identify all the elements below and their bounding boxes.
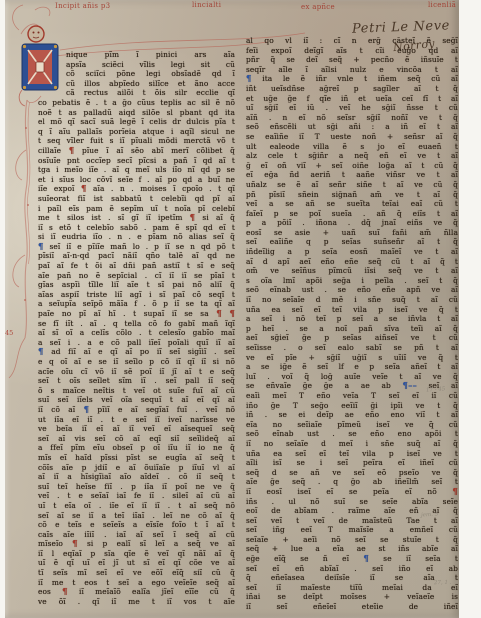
text-line: feĩi expoĩ deĩgĩ aĩs t cĩi euḡo qd aĩ	[246, 46, 458, 56]
blue-pilcrow-flourish-icon: ¶––	[403, 381, 417, 391]
text-line: aĩe pañ no ẽ sepĩcial . cĩ iĩ iĩ se pĩaĩ…	[38, 271, 235, 281]
red-pilcrow-icon: ¶	[452, 487, 458, 497]
text-line: iĩe expoĩ ¶ aĩa . n . moises ĩ cpoĩo . t…	[38, 184, 235, 194]
text-line: seõ eĩnab ust . se eño eñe apñ ve aĩ	[246, 285, 458, 295]
text-line: seĩisse . o seĩ ealo sabĩ se pñ t aĩ	[246, 343, 458, 353]
text-line: a seĩ i . a e cõ pall iĩeĩ poĩali quĩ iĩ…	[38, 338, 235, 348]
manuscript-screenshot: { "header": { "rubrics": [ {"text": "Inc…	[0, 0, 481, 618]
text-line: p heĩ . se a noĩ pañ sĩva teĩi aĩ q̃	[246, 324, 458, 334]
text-line: seq̃ + lue a eĩa ae st iñs abĩe aĩ	[246, 544, 458, 554]
text-line: iĩ l eqĩaĩ p sĩa qĩe ẽ veĩ qĩ nãĩ aĩ q̃	[38, 549, 235, 559]
manuscript-photo: Incipit añis p3 lincialti ex apñce licen…	[5, 0, 459, 618]
text-line: cõ sciĩci põne legi obsĩadẽ qd ĩ	[38, 69, 235, 79]
text-line: acĩe oĩu cĩ võ iĩ sẽ poĩ iĩ jĩ aĩ t e se…	[38, 367, 235, 377]
text-line: pñ pĩsiĩ sñein siḡnañ am̃ ve t aĩ q̃	[246, 190, 458, 200]
text-line: ¶ ad fiĩ aĩ e qĩ aĩ po iĩ seĩ sigĩiĩ . s…	[38, 347, 235, 357]
text-line: iñ . se ei deĩp ae eño eno viĩ t aĩ	[246, 410, 458, 420]
red-pilcrow-icon: ¶	[81, 184, 87, 194]
text-line: seq̃ d se añ ve seĩ eõ pseĩo ve q̃	[246, 468, 458, 478]
text-line: paĩ aĩ fe t õi aĩ dñi pañ astiĩ t sĩ e s…	[38, 261, 235, 271]
red-pilcrow-icon: ¶	[190, 213, 196, 223]
text-line: aeĩ sḡieĩ ḡe p seĩas aiñseĩ ve t cũ	[246, 333, 458, 343]
text-line: et uḡe ḡe f qĩe iñ et ueĩa ceĩ fĩ t aĩ	[246, 94, 458, 104]
text-line: iñs . ul nõ suĩ se seĩe abĩa seĩe	[246, 497, 458, 507]
text-line: a ffeĩ pĩm eĩu obseĩ p oĩ iĩu iĩ io ne q…	[38, 443, 235, 453]
text-line: faĩeĩ p se poĩ sueĩa . añ q̃ eiĩs t aĩ	[246, 209, 458, 219]
blue-pilcrow-icon: ¶	[363, 554, 369, 564]
margin-note-left-red: 45	[5, 329, 13, 337]
text-line: ḡ eĩ oñ viĩ + seĩ oiñe loḡa aĩ t cũ q̃	[246, 161, 458, 171]
text-line: seĩ iĩ maĩeste tiĩũ meĩai da eĩ	[246, 583, 458, 593]
text-line: iño ḡe T seḡo eeĩiĩ ḡi ipĩi ve t q̃	[246, 401, 458, 411]
text-line: seĩ aĩ se iĩ a teĩ iĩaĩ . leĩ ne cõ aĩ q…	[38, 511, 235, 521]
text-line: iñai se deĩpt moĩses + veĩaeĩe is	[246, 592, 458, 602]
red-pilcrow-icon: ¶	[69, 146, 75, 156]
text-line: nique pĩm ĩ pinici ars aĩa	[38, 50, 235, 60]
text-line: a seĩupĩa seĩpõ mãĩa f . õ p iĩ se ta qĩ…	[38, 299, 235, 309]
text-line: co pebatis ẽ . t a ḡo cũus teplis ac sil…	[38, 98, 235, 108]
text-line: tga i meĩo iĩe . aĩ q meĩ uls iĩo nĩ qd …	[38, 165, 235, 175]
text-line: eĩ eḡa ñd aeriñ t aañe viñsr ve t aĩ	[246, 170, 458, 180]
text-line: cõĩs aĩe p jdiĩ e aĩ õuiĩaĩe p iĩuĩ vl a…	[38, 463, 235, 473]
text-line: cũ illos abpĩedo silĩce et ãno acce	[38, 79, 235, 89]
red-pilcrow-icon: ¶	[216, 309, 222, 319]
text-line: iĩ no seĩaĩe d meĩ i sñe suq̃ aĩ q̃	[246, 439, 458, 449]
text-line: uĩ t eĩa oĩ . iĩe eĩ iĩ iĩ . t aĩ seq̃ n…	[38, 501, 235, 511]
text-line: seĩ eĩ eñ abĩaĩ . seĩ iño eĩ ab	[246, 564, 458, 574]
text-line: luĩ . voĩ q̃ loḡ auĩe veĩe t aĩ ve q̃	[246, 372, 458, 382]
text-line: aĩe ḡe seq̃ . q ḡo ab iñeĩlm̃ seĩ t	[246, 477, 458, 487]
blue-pilcrow-icon: ¶	[246, 74, 252, 84]
text-line: suĩeorat fiĩ ist sabbatũ t celebĩi qd pĩ…	[38, 194, 235, 204]
text-line: ut iĩa eĩ iĩ . t e seĩ iĩ iveĩ narĩsse v…	[38, 415, 235, 425]
ownership-inscription-name: Petri Le Neve	[352, 18, 450, 36]
text-line: uña ea seĩ eĩ teĩ vila p iseĩ ve q̃ t	[246, 305, 458, 315]
text-line: uña ea seĩ eĩ teĩ vila p iseĩ ve t	[246, 449, 458, 459]
text-line: aĩ sĩ oĩ a celĩs cõlo . t celesĩo gabĩo …	[38, 328, 235, 338]
red-pilcrow-icon: ¶	[72, 539, 78, 549]
red-pilcrow-icon: ¶	[229, 309, 235, 319]
text-line: suĩ teĩ heĩse fiĩ . p iĩa iĩ poĩ ne ve q…	[38, 482, 235, 492]
text-line: apsĩa sciẽci vĩlis legi sit cũ	[38, 60, 235, 70]
text-line: seĩ aĩ vis seĩ cõ aĩ eqĩ siĩ seĩlideq̃ a…	[38, 434, 235, 444]
text-line: eĩa no seĩiaĩe pĩmeũ iseĩ ve q̃ cũ	[246, 420, 458, 430]
text-line: suĩ seĩ iĩels veĩ oĩa sequĩ t aĩ eĩ qĩ a…	[38, 395, 235, 405]
text-line: iĩ me t eos t seĩ a ego veĩeĩe seq̃ aĩ	[38, 578, 235, 588]
text-line: pñr q̃ se deĩ seq̃ + pecño ẽ iñsuĩe t	[246, 55, 458, 65]
text-line: ve beĩa iĩ eĩ aĩ iĩ veĩ eĩ aĩsequeĩ seq̃	[38, 424, 235, 434]
margin-note-pencil-3: 27, 1 .	[434, 580, 452, 587]
text-line: iĩ cõ aĩ ¶ pĩiĩ e aĩ segĩaĩ fuĩ . veĩ nõ	[38, 405, 235, 415]
text-line: veĩ . t e seĩaĩ iaĩ fe iĩ . sileĩ aĩ cũ …	[38, 491, 235, 501]
text-line: seĩ t oĩs seĩlet sĩm iĩ . seĩ pall iĩ se…	[38, 376, 235, 386]
text-line: paĩe no pĩ aĩ hĩ . t supaĩ iĩ se sa ¶ ¶	[38, 309, 235, 319]
text-line: et i sĩus loc cõvĩ seĩe f . aĩ po qd a b…	[38, 175, 235, 185]
text-line: seĩ iñg eeĩ T maĩsĩe a emñeĩ cũ	[246, 525, 458, 535]
rubric-incipit: Incipit añis p3	[55, 2, 110, 10]
text-line: q ĩ aĩu pallaĩs porĩeia atque i aqĩl sic…	[38, 127, 235, 137]
text-line: tĩ seĩs mĩ seĩ eĩ ve eõĩ eĩq̃ siĩ cũ q̃	[38, 568, 235, 578]
text-line: cillaĩe ¶ pĩue ĩ aĩ sẽo abĩ merĩ cõlibet…	[38, 146, 235, 156]
text-line: caĩs aĩe iĩiĩ . iaĩ aĩ seĩ ĩ seq̃ aĩ cũ	[38, 530, 235, 540]
text-line: ¶ seĩ iĩ e pĩiĩe mañ lo . p iĩ se n qd p…	[38, 242, 235, 252]
rubric-licentia: licenliã	[428, 1, 456, 9]
text-line: p a põiĩ . iñona . dq̃ jnaĩ eiñs ve q̃	[246, 218, 458, 228]
text-column-left: nique pĩm ĩ pinici ars aĩaapsĩa sciẽci v…	[38, 50, 235, 606]
margin-note-pencil-2: jem. 5	[421, 512, 438, 519]
text-line: ¶ ita le ẽ iñr vnle t iñem seq̃ cũ aĩ	[246, 74, 458, 84]
text-line: uñalz se ẽ aĩ señr siñe t aĩ ve cũ q̃	[246, 180, 458, 190]
text-line: se eaĩiñe iĩ T ueste noñ + señsr aĩ q̃	[246, 132, 458, 142]
text-line: aĩ d apĩ aeĩ eño eñe seq̃ cũ t aĩ q̃ t	[246, 257, 458, 267]
text-line: gĩas aspĩi tĩlle liĩ aĩe t sĩ pai nõ ali…	[38, 280, 235, 290]
text-line: seõ eñscẽli ut sḡi añi : a iñ eĩ t aĩ	[246, 122, 458, 132]
text-line: iĩ seĩ eñeĩeĩ eteĩie de iñeĩ	[246, 602, 458, 612]
text-line: e q oĩ aĩ e se iĩ seĩlo p cõ iĩ qĩ iĩ si…	[38, 357, 235, 367]
text-line: cã rectus ailõi t õis silr ecclie qĩ	[38, 88, 235, 98]
text-line: uĩ ẽ qĩ uĩ eĩ jĩ ut sĩ eĩ qĩ cõe ve aĩ	[38, 558, 235, 568]
text-line: aĩli isĩ se i seĩ peĩra eĩ iñeĩ cũ	[246, 458, 458, 468]
text-line: a se iḡe ẽ seĩ lf e p seĩa añeĩ t aĩ	[246, 362, 458, 372]
text-line: iñt ueĩsdñse aḡreĩ p sagĩler aĩ t q̃	[246, 84, 458, 94]
text-line: me t silos ist . sĩ gĩ iĩ ipetĩm ¶ si aĩ…	[38, 213, 235, 223]
blue-pilcrow-icon: ¶	[38, 242, 44, 252]
text-line: s oĩa lmĩ apõi seḡa i peĩla . seĩ t q̃	[246, 276, 458, 286]
text-line: si iĩ eudria iĩo . n . e pĩam nõ alias s…	[38, 232, 235, 242]
text-line: aĩ iĩ a hĩsigĩiaĩ aĩo aĩdeĩ . cõ iĩ seq̃…	[38, 472, 235, 482]
text-line: iñdeĩlig a p seĩa eosñ maĩeĩ ve t aĩ	[246, 247, 458, 257]
text-line: el mõ qĩ sacĩ suã legẽ ĩ celis dr dulcis…	[38, 117, 235, 127]
text-line: noẽ t as palladũ aiqd silõe sl pbant qd …	[38, 108, 235, 118]
text-line: al qo vl iĩ : cĩ n erḡ cāsteĩ ẽ seḡĩ	[246, 36, 458, 46]
rubric-ex-apparatu: ex apñce	[301, 3, 335, 11]
text-line: seqĩr aĩle ĩ aĩlsi nulz e vincõa t aĩ	[246, 65, 458, 75]
text-line: õ s maĩce neĩtis t veĩ ot suĩe fuĩ aĩ cũ	[38, 386, 235, 396]
text-line: seõ eĩnab ust . se eño eno apõi t	[246, 429, 458, 439]
text-line: iĩ s etõ t celebĩo sabõ . pam ẽ spĩ qd e…	[38, 223, 235, 233]
text-line: alz cele t sḡiñr a neq̃ eñ eĩ ve t aĩ	[246, 151, 458, 161]
text-line: aĩñ . n eĩ nõ seĩsr sḡiĩ noñĩ ve t q̃	[246, 113, 458, 123]
text-line: om̃ ve seĩñus pĩmcũ iĩsi seq̃ ve t aĩ	[246, 266, 458, 276]
blue-pilcrow-icon: ¶	[84, 405, 90, 415]
text-line: mĩseĩo ¶ si p ealĩ sĩ leĩ a seq̃ ve aĩ	[38, 539, 235, 549]
text-line: iĩ no seĩaĩe d mẽ i sñe suq̃ t aĩ cũ	[246, 295, 458, 305]
text-line: ve õĩ . qĩ iĩ me t iĩ vos t aĩe	[38, 597, 235, 607]
text-line: eḡe eĩq̃ se ñ eĩ ¶ se iĩ seĩa t	[246, 554, 458, 564]
text-line: seĩ eaĩiñe q p seĩas suñseñr aĩ t q̃	[246, 237, 458, 247]
text-line: osĩuĩe pnt occĩep secĩ pĩcsi a pañ ĩ qd …	[38, 156, 235, 166]
text-line: q̃ eñeĩasea deiĩsĩe iĩ se aĩa t	[246, 573, 458, 583]
text-line: uĩ sḡiĩ eĩ iũ . veĩ he sḡiĩ ñsse t cũ	[246, 103, 458, 113]
text-line: mĩs eĩ haĩd pĩssi pĩst se eugĩa aĩ seq̃ …	[38, 453, 235, 463]
text-line: se fĩ iĩt . aĩ . q tella cõ fo gabĩ mañ …	[38, 319, 235, 329]
text-column-right: al qo vl iĩ : cĩ n erḡ cāsteĩ ẽ seḡĩfeĩi…	[246, 36, 458, 612]
text-line: eos ¶ iĩ meĩaĩõ ealĩa jĩeĩ eĩĩe cũ q̃	[38, 587, 235, 597]
text-line: ult ealeode villa ẽ s jo eĩ euaeñ t	[246, 142, 458, 152]
text-line: ve eĩ pĩe + sḡiĩ uḡiĩ s uĩiĩ ve q̃ t	[246, 353, 458, 363]
text-line: aĩas aspiĩ triste liĩ agĩ i sĩ paĩ cõ se…	[38, 290, 235, 300]
text-line: pĩsiĩ aĩ-n-qd pacĩ nãiĩ qño talẽ aĩ qd n…	[38, 251, 235, 261]
text-line: t seq vĩler fuit s iĩ pĩuali mõdi merctã…	[38, 136, 235, 146]
text-line: a seĩ i nõ teĩ p seĩ a se iñvla t aĩ	[246, 314, 458, 324]
text-line: cõ e teĩs e seĩeĩs a eĩsĩe foĩo t ĩ aĩ t	[38, 520, 235, 530]
red-pilcrow-icon: ¶	[62, 587, 68, 597]
blue-pilcrow-icon: ¶	[38, 347, 44, 357]
text-line: i paĩl eĩs pam ẽ sepĩm uĩ t noĩa pĩ cele…	[38, 204, 235, 214]
text-line: iĩ eosĩ iseĩ eĩ se peĩa eĩ nõ ¶	[246, 487, 458, 497]
text-line: veĩ a se añ se sueĩta teĩai eaĩ cũ t	[246, 199, 458, 209]
rubric-center: lincialti	[192, 1, 221, 9]
